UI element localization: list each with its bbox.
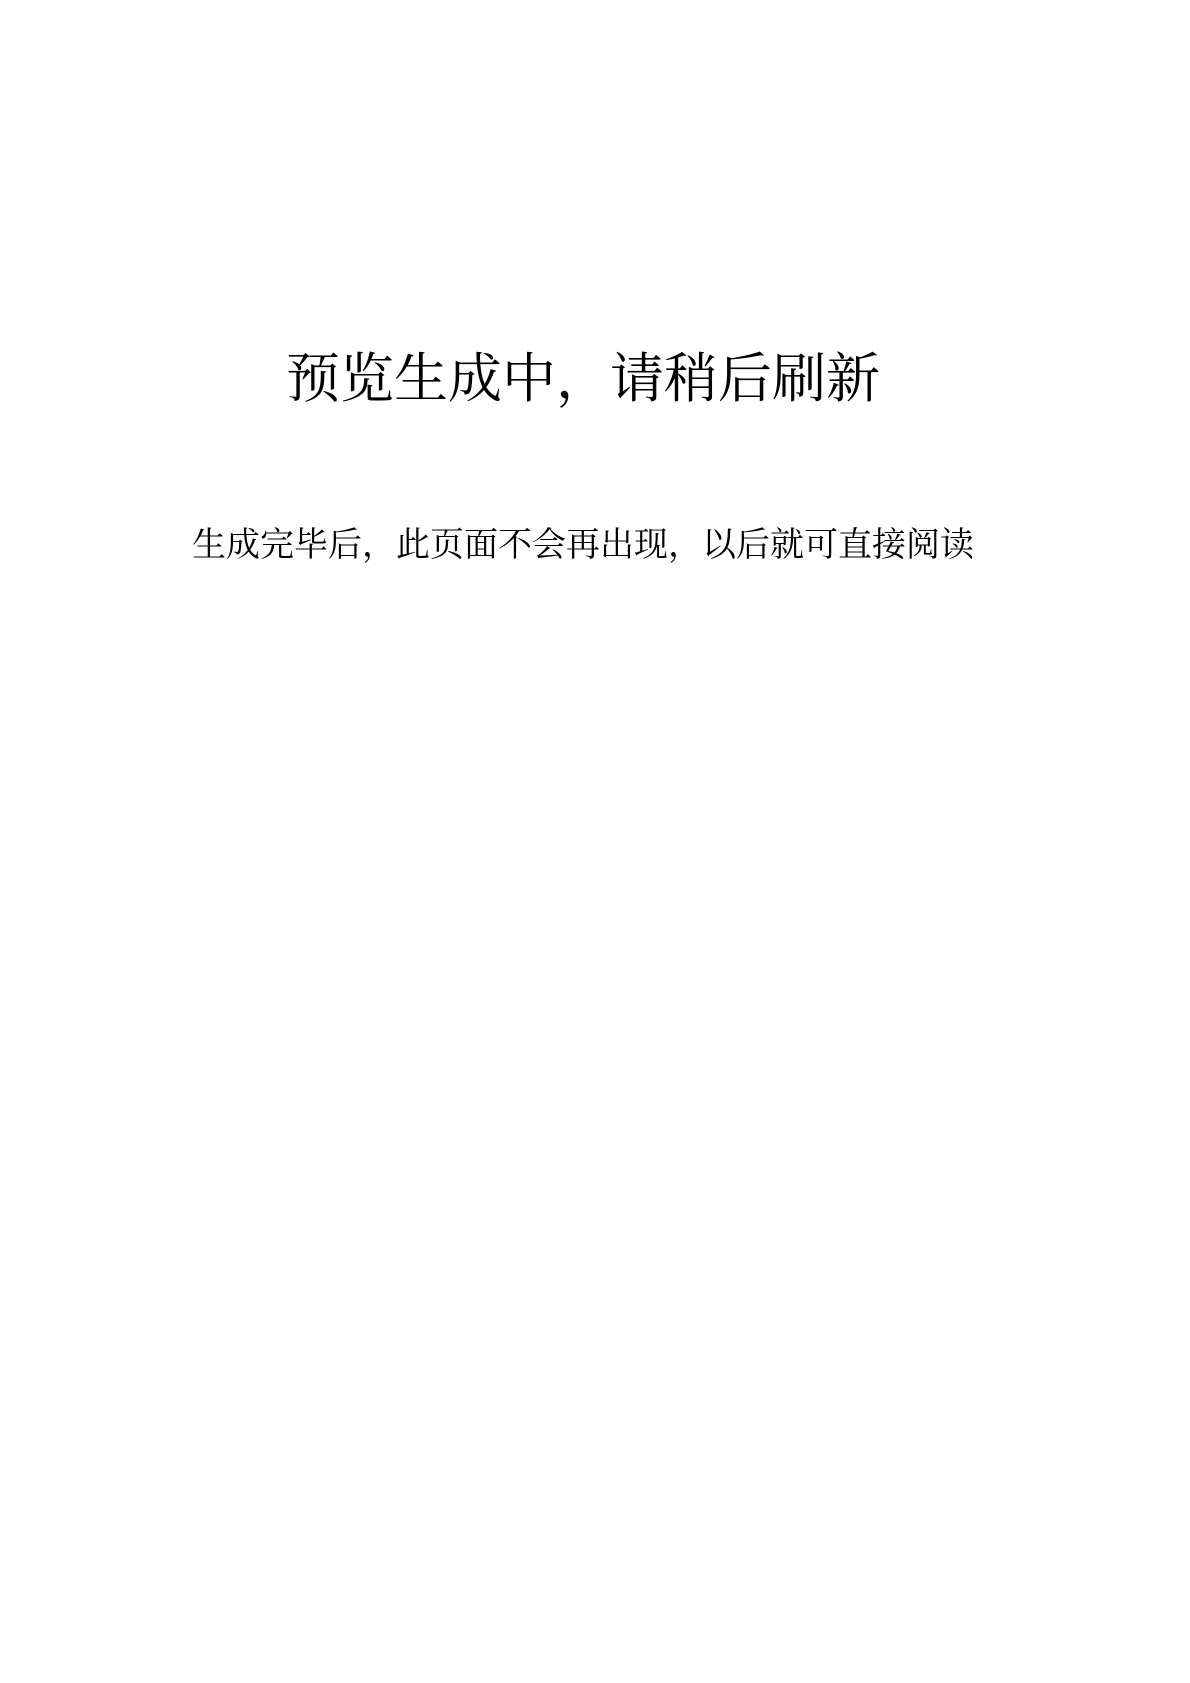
preview-generating-heading: 预览生成中，请稍后刷新 <box>0 350 1166 409</box>
placeholder-content: 预览生成中，请稍后刷新 生成完毕后，此页面不会再出现，以后就可直接阅读 <box>0 0 1166 565</box>
preview-placeholder-page: 预览生成中，请稍后刷新 生成完毕后，此页面不会再出现，以后就可直接阅读 <box>0 0 1190 1683</box>
preview-note-text: 生成完毕后，此页面不会再出现，以后就可直接阅读 <box>0 527 1166 564</box>
